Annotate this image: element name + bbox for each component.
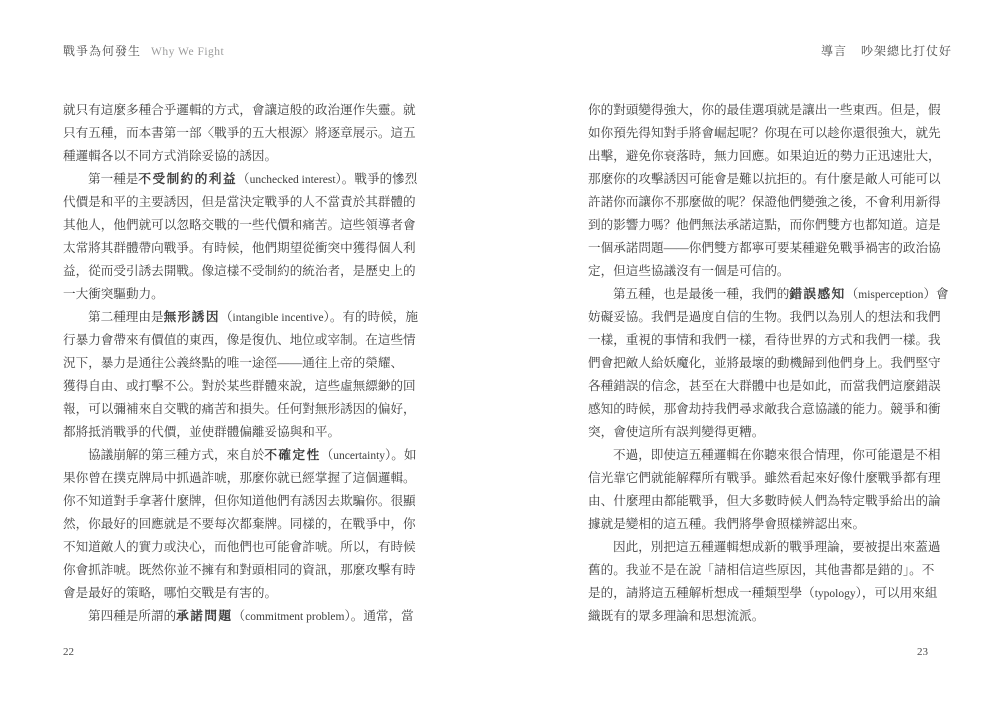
body-text: 第一種是	[88, 172, 138, 186]
body-text: 出擊，避免你衰落時，無力回應。如果迫近的勢力正迅速壯大，	[588, 149, 941, 163]
text-line: 各種錯誤的信念，甚至在大群體中也是如此，而當我們這麼錯誤	[588, 375, 938, 398]
body-text: ）。戰爭的慘烈	[336, 172, 418, 186]
body-text: 們會把敵人給妖魔化，並將最壞的動機歸到他們身上。我們堅守	[588, 356, 941, 370]
body-text: 行暴力會帶來有價值的東西，像是復仇、地位或宰制。在這些情	[63, 333, 416, 347]
body-text: 然，你最好的回應就是不要每次都棄牌。同樣的，在戰爭中，你	[63, 517, 416, 531]
body-text: 許諾你而讓你不那麼做的呢？保證他們變強之後，不會利用新得	[588, 195, 941, 209]
body-text: 你不知道對手拿著什麼牌，但你知道他們有誘因去欺騙你。很顯	[63, 494, 416, 508]
text-line: 出擊，避免你衰落時，無力回應。如果迫近的勢力正迅速壯大，	[588, 145, 938, 168]
latin-text: uncertainty	[333, 450, 385, 462]
body-text: 況下，暴力是通往公義終點的唯一途徑——通往上帝的榮耀、	[63, 356, 403, 370]
body-text: 是的，請將這五種解析想成一種類型學（	[588, 586, 815, 600]
body-text: 那麼你的攻擊誘因可能會是難以抗拒的。有什麼是敵人可能可以	[588, 172, 941, 186]
body-text: 益，從而受引誘去開戰。像這樣不受制約的統治者，是歷史上的	[63, 264, 416, 278]
section-label: 導言	[821, 44, 847, 58]
text-line: 織既有的眾多理論和思想流派。	[588, 605, 938, 628]
text-line: 果你曾在撲克牌局中抓過詐唬，那麼你就已經掌握了這個邏輯。	[63, 467, 419, 490]
text-line: 第五種，也是最後一種，我們的錯誤感知（misperception）會	[588, 283, 938, 306]
text-line: 獲得自由、或打擊不公。對於某些群體來說，這些虛無縹緲的回	[63, 375, 419, 398]
body-text: 一樣，重視的事情和我們一樣，看待世界的方式和我們一樣。我	[588, 333, 941, 347]
body-text: ）。有的時候，施	[324, 310, 418, 324]
body-text: 你會抓詐唬。既然你並不擁有和對頭相同的資訊，那麼攻擊有時	[63, 563, 416, 577]
text-line: 妨礙妥協。我們是過度自信的生物。我們以為別人的想法和我們	[588, 306, 938, 329]
body-text: 第四種是所謂的	[88, 609, 176, 623]
text-line: 你會抓詐唬。既然你並不擁有和對頭相同的資訊，那麼攻擊有時	[63, 559, 419, 582]
body-text: 代價是和平的主要誘因，但是當決定戰爭的人不當責於其群體的	[63, 195, 416, 209]
text-line: 會是最好的策略，哪怕交戰是有害的。	[63, 582, 419, 605]
body-text: （	[321, 448, 334, 462]
text-line: 由、什麼理由都能戰爭，但大多數時候人們為特定戰爭給出的論	[588, 490, 938, 513]
right-page-text-column: 你的對頭變得強大，你的最佳選項就是讓出一些東西。但是，假如你預先得知對手將會崛起…	[588, 99, 938, 628]
latin-text: typology	[815, 588, 856, 600]
text-line: 益，從而受引誘去開戰。像這樣不受制約的統治者，是歷史上的	[63, 260, 419, 283]
body-text: 就只有這麼多種合乎邏輯的方式，會讓這般的政治運作失靈。就	[63, 103, 416, 117]
book-spread: 戰爭為何發生Why We Fight 導言吵架總比打仗好 就只有這麼多種合乎邏輯…	[0, 0, 1000, 701]
body-text: 據就是變相的這五種。我們將學會照樣辨認出來。	[588, 517, 865, 531]
text-line: 然，你最好的回應就是不要每次都棄牌。同樣的，在戰爭中，你	[63, 513, 419, 536]
text-line: 因此，別把這五種邏輯想成新的戰爭理論，要被提出來蓋過	[588, 536, 938, 559]
text-line: 不過，即使這五種邏輯在你聽來很合情理，你可能還是不相	[588, 444, 938, 467]
body-text: 到的影響力嗎？他們無法承諾這點，而你們雙方也都知道。這是	[588, 218, 941, 232]
body-text: ）。通常，當	[344, 609, 413, 623]
text-line: 報，可以彌補來自交戰的痛苦和損失。任何對無形誘因的偏好，	[63, 398, 419, 421]
body-text: 由、什麼理由都能戰爭，但大多數時候人們為特定戰爭給出的論	[588, 494, 941, 508]
emphasized-term: 無形誘因	[164, 310, 220, 324]
body-text: 其他人，他們就可以忽略交戰的一些代價和痛苦。這些領導者會	[63, 218, 416, 232]
text-line: 一大衝突驅動力。	[63, 283, 419, 306]
text-line: 舊的。我並不是在說「請相信這些原因，其他書都是錯的」。不	[588, 559, 938, 582]
body-text: 舊的。我並不是在說「請相信這些原因，其他書都是錯的」。不	[588, 563, 934, 577]
text-line: 你不知道對手拿著什麼牌，但你知道他們有誘因去欺騙你。很顯	[63, 490, 419, 513]
emphasized-term: 錯誤感知	[789, 287, 845, 301]
emphasized-term: 不受制約的利益	[138, 172, 237, 186]
body-text: ），可以用來組	[856, 586, 938, 600]
body-text: 報，可以彌補來自交戰的痛苦和損失。任何對無形誘因的偏好，	[63, 402, 416, 416]
body-text: 因此，別把這五種邏輯想成新的戰爭理論，要被提出來蓋過	[613, 540, 940, 554]
emphasized-term: 承諾問題	[176, 609, 232, 623]
left-page-text-column: 就只有這麼多種合乎邏輯的方式，會讓這般的政治運作失靈。就只有五種，而本書第一部〈…	[63, 99, 419, 628]
text-line: 是的，請將這五種解析想成一種類型學（typology），可以用來組	[588, 582, 938, 605]
text-line: 你的對頭變得強大，你的最佳選項就是讓出一些東西。但是，假	[588, 99, 938, 122]
emphasized-term: 不確定性	[264, 448, 320, 462]
page-number-right: 23	[917, 646, 928, 658]
body-text: 不知道敵人的實力或決心，而他們也可能會詐唬。所以，有時候	[63, 540, 416, 554]
text-line: 信光靠它們就能解釋所有戰爭。雖然看起來好像什麼戰爭都有理	[588, 467, 938, 490]
body-text: 你的對頭變得強大，你的最佳選項就是讓出一些東西。但是，假	[588, 103, 941, 117]
body-text: 不過，即使這五種邏輯在你聽來很合情理，你可能還是不相	[613, 448, 940, 462]
text-line: 感知的時候，那會劫持我們尋求敵我合意協議的能力。競爭和衝	[588, 398, 938, 421]
text-line: 據就是變相的這五種。我們將學會照樣辨認出來。	[588, 513, 938, 536]
body-text: 一大衝突驅動力。	[63, 287, 164, 301]
body-text: （	[220, 310, 233, 324]
body-text: ）。如	[385, 448, 416, 462]
text-line: 代價是和平的主要誘因，但是當決定戰爭的人不當責於其群體的	[63, 191, 419, 214]
body-text: 一個承諾問題——你們雙方都寧可要某種避免戰爭禍害的政治協	[588, 241, 941, 255]
text-line: 只有五種，而本書第一部〈戰爭的五大根源〉將逐章展示。這五	[63, 122, 419, 145]
text-line: 種邏輯各以不同方式消除妥協的誘因。	[63, 145, 419, 168]
book-title-en: Why We Fight	[151, 46, 224, 58]
text-line: 不知道敵人的實力或決心，而他們也可能會詐唬。所以，有時候	[63, 536, 419, 559]
text-line: 定，但這些協議沒有一個是可信的。	[588, 260, 938, 283]
body-text: 太常將其群體帶向戰爭。有時候，他們期望從衝突中獲得個人利	[63, 241, 416, 255]
text-line: 協議崩解的第三種方式，來自於不確定性（uncertainty）。如	[63, 444, 419, 467]
running-header-right: 導言吵架總比打仗好	[821, 42, 952, 59]
body-text: 協議崩解的第三種方式，來自於	[88, 448, 264, 462]
text-line: 到的影響力嗎？他們無法承諾這點，而你們雙方也都知道。這是	[588, 214, 938, 237]
body-text: 果你曾在撲克牌局中抓過詐唬，那麼你就已經掌握了這個邏輯。	[63, 471, 416, 485]
body-text: 會是最好的策略，哪怕交戰是有害的。	[63, 586, 277, 600]
text-line: 都將抵消戰爭的代價，並使群體偏離妥協與和平。	[63, 421, 419, 444]
body-text: 定，但這些協議沒有一個是可信的。	[588, 264, 790, 278]
text-line: 況下，暴力是通往公義終點的唯一途徑——通往上帝的榮耀、	[63, 352, 419, 375]
body-text: 各種錯誤的信念，甚至在大群體中也是如此，而當我們這麼錯誤	[588, 379, 941, 393]
body-text: （	[233, 609, 246, 623]
body-text: ）會	[923, 287, 948, 301]
body-text: 都將抵消戰爭的代價，並使群體偏離妥協與和平。	[63, 425, 340, 439]
page-number-left: 22	[63, 646, 74, 658]
text-line: 第一種是不受制約的利益（unchecked interest）。戰爭的慘烈	[63, 168, 419, 191]
text-line: 們會把敵人給妖魔化，並將最壞的動機歸到他們身上。我們堅守	[588, 352, 938, 375]
text-line: 其他人，他們就可以忽略交戰的一些代價和痛苦。這些領導者會	[63, 214, 419, 237]
body-text: （	[237, 172, 250, 186]
text-line: 一個承諾問題——你們雙方都寧可要某種避免戰爭禍害的政治協	[588, 237, 938, 260]
text-line: 行暴力會帶來有價值的東西，像是復仇、地位或宰制。在這些情	[63, 329, 419, 352]
book-title-zh: 戰爭為何發生	[63, 44, 141, 58]
latin-text: intangible incentive	[233, 312, 324, 324]
body-text: 只有五種，而本書第一部〈戰爭的五大根源〉將逐章展示。這五	[63, 126, 416, 140]
text-line: 那麼你的攻擊誘因可能會是難以抗拒的。有什麼是敵人可能可以	[588, 168, 938, 191]
body-text: 感知的時候，那會劫持我們尋求敵我合意協議的能力。競爭和衝	[588, 402, 941, 416]
body-text: 如你預先得知對手將會崛起呢？你現在可以趁你還很強大，就先	[588, 126, 941, 140]
body-text: 突，會使這所有誤判變得更糟。	[588, 425, 764, 439]
text-line: 如你預先得知對手將會崛起呢？你現在可以趁你還很強大，就先	[588, 122, 938, 145]
body-text: 信光靠它們就能解釋所有戰爭。雖然看起來好像什麼戰爭都有理	[588, 471, 941, 485]
text-line: 第四種是所謂的承諾問題（commitment problem）。通常，當	[63, 605, 419, 628]
text-line: 一樣，重視的事情和我們一樣，看待世界的方式和我們一樣。我	[588, 329, 938, 352]
running-header-left: 戰爭為何發生Why We Fight	[63, 42, 224, 59]
body-text: 第二種理由是	[88, 310, 164, 324]
text-line: 第二種理由是無形誘因（intangible incentive）。有的時候，施	[63, 306, 419, 329]
latin-text: misperception	[858, 289, 923, 301]
text-line: 許諾你而讓你不那麼做的呢？保證他們變強之後，不會利用新得	[588, 191, 938, 214]
latin-text: commitment problem	[245, 611, 344, 623]
text-line: 太常將其群體帶向戰爭。有時候，他們期望從衝突中獲得個人利	[63, 237, 419, 260]
text-line: 就只有這麼多種合乎邏輯的方式，會讓這般的政治運作失靈。就	[63, 99, 419, 122]
body-text: （	[846, 287, 859, 301]
chapter-title: 吵架總比打仗好	[861, 44, 952, 58]
text-line: 突，會使這所有誤判變得更糟。	[588, 421, 938, 444]
latin-text: unchecked interest	[250, 174, 336, 186]
body-text: 獲得自由、或打擊不公。對於某些群體來說，這些虛無縹緲的回	[63, 379, 416, 393]
body-text: 第五種，也是最後一種，我們的	[613, 287, 789, 301]
body-text: 種邏輯各以不同方式消除妥協的誘因。	[63, 149, 277, 163]
body-text: 織既有的眾多理論和思想流派。	[588, 609, 764, 623]
body-text: 妨礙妥協。我們是過度自信的生物。我們以為別人的想法和我們	[588, 310, 941, 324]
